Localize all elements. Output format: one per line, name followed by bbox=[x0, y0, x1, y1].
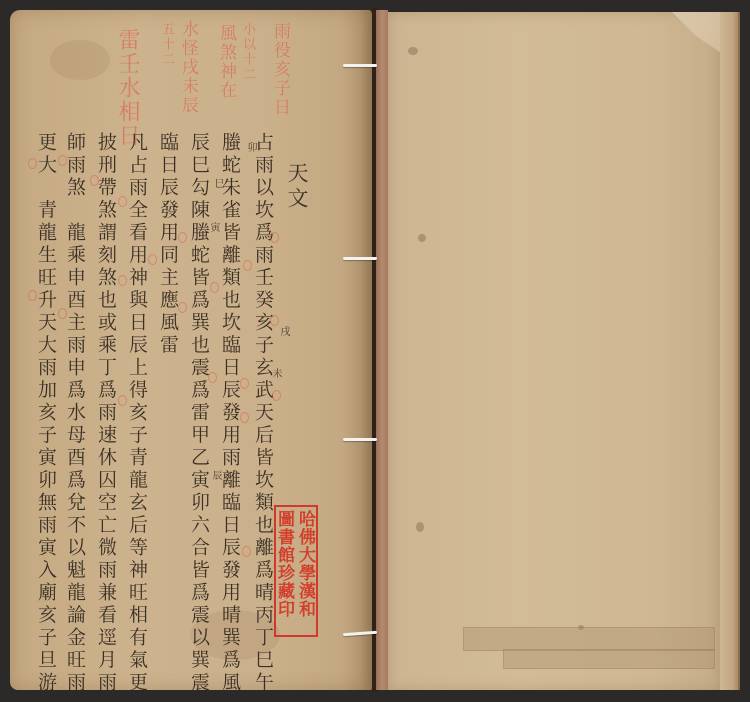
red-punctuation-mark bbox=[208, 372, 217, 383]
red-punctuation-mark bbox=[178, 302, 187, 313]
paper-stain bbox=[408, 47, 418, 55]
interlinear-note: 巳 bbox=[210, 178, 225, 188]
red-marginal-note: 雨役亥子日 bbox=[268, 22, 293, 117]
red-punctuation-mark bbox=[243, 260, 252, 271]
interlinear-note: 卯 bbox=[243, 142, 258, 152]
text-column: 師雨煞 龍乘申酉主雨申爲水母酉爲兌不以魁龍論金旺雨 bbox=[64, 132, 86, 695]
paper-repair-strip bbox=[463, 627, 715, 651]
red-punctuation-mark bbox=[270, 315, 279, 326]
red-punctuation-mark bbox=[270, 232, 279, 243]
right-page-blank bbox=[388, 12, 720, 690]
red-marginal-note: 五十二 bbox=[157, 22, 176, 67]
red-punctuation-mark bbox=[118, 275, 127, 286]
section-heading: 天文 bbox=[282, 162, 312, 212]
red-punctuation-mark bbox=[148, 254, 157, 265]
paper-stain bbox=[418, 234, 426, 242]
seal-text-column: 圖書館珍藏印 bbox=[274, 510, 293, 632]
red-punctuation-mark bbox=[28, 290, 37, 301]
red-punctuation-mark bbox=[272, 390, 281, 401]
binding-thread bbox=[343, 438, 377, 441]
red-punctuation-mark bbox=[178, 232, 187, 243]
library-seal: 哈佛大學漢和 圖書館珍藏印 bbox=[274, 505, 318, 637]
text-column: 臨日辰發用同主應風雷 bbox=[157, 132, 179, 357]
right-page-edge bbox=[720, 12, 740, 690]
red-punctuation-mark bbox=[28, 158, 37, 169]
spine-strip bbox=[376, 10, 388, 690]
red-punctuation-mark bbox=[210, 282, 219, 293]
paper-stain bbox=[50, 40, 110, 80]
red-punctuation-mark bbox=[240, 378, 249, 389]
red-punctuation-mark bbox=[58, 155, 67, 166]
text-column: 占雨以坎爲雨壬癸亥子玄武天后皆坎類也離爲晴丙丁巳午 bbox=[252, 132, 274, 695]
red-marginal-note: 雷壬水相日 bbox=[112, 28, 143, 148]
red-punctuation-mark bbox=[240, 412, 249, 423]
text-column: 更大 青龍生旺升天大雨加亥子寅卯無雨寅入廟亥子旦游 bbox=[35, 132, 57, 695]
interlinear-note: 辰 bbox=[208, 470, 223, 480]
red-punctuation-mark bbox=[118, 196, 127, 207]
interlinear-note: 未 bbox=[268, 368, 283, 378]
paper-repair-strip bbox=[503, 649, 715, 669]
red-punctuation-mark bbox=[58, 308, 67, 319]
manuscript-spread: 雨役亥子日 小以十二 風煞神在 水怪戌未辰 五十二 雷壬水相日 天文 占雨以坎爲… bbox=[0, 0, 750, 702]
paper-stain bbox=[416, 522, 424, 532]
text-column: 披刑帶煞謂刻煞也或乘丁爲雨速休囚空亡微雨兼看逕月雨 bbox=[95, 132, 117, 695]
text-column: 辰巳勾陳螣蛇皆爲巽也震爲雷甲乙寅卯六合皆爲震以巽震 bbox=[188, 132, 210, 695]
red-punctuation-mark bbox=[242, 546, 251, 557]
page-fold-shadow bbox=[342, 10, 372, 690]
red-punctuation-mark bbox=[118, 395, 127, 406]
seal-text-column: 哈佛大學漢和 bbox=[295, 510, 314, 632]
text-column: 螣蛇朱雀皆離類也坎臨日辰發用雨離臨日辰發用晴巽爲風 bbox=[219, 132, 241, 695]
binding-thread bbox=[343, 64, 377, 67]
red-punctuation-mark bbox=[90, 175, 99, 186]
binding-thread bbox=[343, 257, 377, 260]
red-marginal-note: 風煞神在 bbox=[214, 24, 239, 100]
interlinear-note: 寅 bbox=[206, 222, 221, 232]
red-marginal-note: 水怪戌未辰 bbox=[176, 20, 201, 115]
text-column: 凡占雨全看用神與日辰上得亥子青龍玄后等神旺相有氣更 bbox=[126, 132, 148, 695]
red-marginal-note: 小以十二 bbox=[238, 22, 257, 82]
interlinear-note: 戌 bbox=[276, 326, 291, 336]
